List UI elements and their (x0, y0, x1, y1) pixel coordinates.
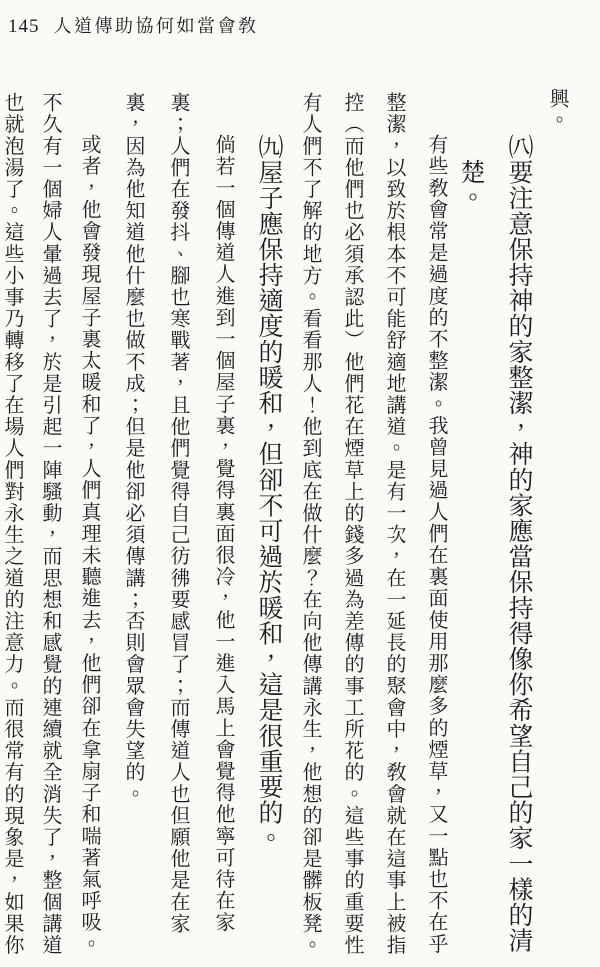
column-para-9a-line-1: 倘若一個傳道人進到一個屋子裏，覺得裏面很冷，他一進入馬上會覺得他寧可待在家 (213, 134, 233, 933)
column-heading-8-continuation: 楚。 (458, 159, 483, 210)
column-para-9b-line-1: 或者，他會發現屋子裏太暖和了，人們真理未聽進去，他們卻在拿扇子和喘著氣呼吸。 (79, 134, 99, 955)
column-para-9c-line-2: 也就泡湯了。這些小事乃轉移了在場人們對永生之道的注意力。而很常有的現象是，如果你 (2, 92, 22, 956)
column-heading-8: ㈧要注意保持神的家整潔，神的家應當保持得像你希望自己的家一樣的清 (506, 134, 531, 953)
column-heading-9: ㈨屋子應保持適度的暖和，但卻不可過於暖和，這是很重要的。 (256, 134, 281, 851)
column-para-8-line-2: 整潔，以致於根本不可能舒適地講道。是有一次，在一延長的聚會中，敎會就在這事上被指 (384, 92, 404, 956)
column-para-8-line-4: 有人們不了解的地方。看看那人！他到底在做什麼？在向他傳講永生，他想的卻是髒板凳。 (300, 92, 320, 956)
column-para-9a-line-2: 裏；人們在發抖、腳也寒戰著，且他們覺得自己彷彿要感冒了；而傳道人也但願他是在家 (168, 92, 188, 934)
column-para-9a-line-3: 裏，因為他知道他什麼也做不成；但是他卻必須傳講；否則會眾會失望的。 (123, 92, 143, 805)
column-para-9c-line-1: 不久有一個婦人暈過去了，於是引起一陣騷動，而思想和感覺的連續就全消失了，整個講道 (40, 92, 60, 956)
column-previous-paragraph-end: 興。 (547, 88, 567, 131)
page-body: 興。㈧要注意保持神的家整潔，神的家應當保持得像你希望自己的家一樣的清楚。有些敎會… (0, 0, 600, 967)
column-para-8-line-1: 有些敎會常是過度的不整潔。我曾見過人們在裏面使用那麼多的煙草，又一點也不在乎 (426, 134, 446, 955)
column-para-8-line-3: 控（而他們也必須承認此）他們花在煙草上的錢多過為差傳的事工所花的。這些事的重要性 (342, 92, 362, 956)
